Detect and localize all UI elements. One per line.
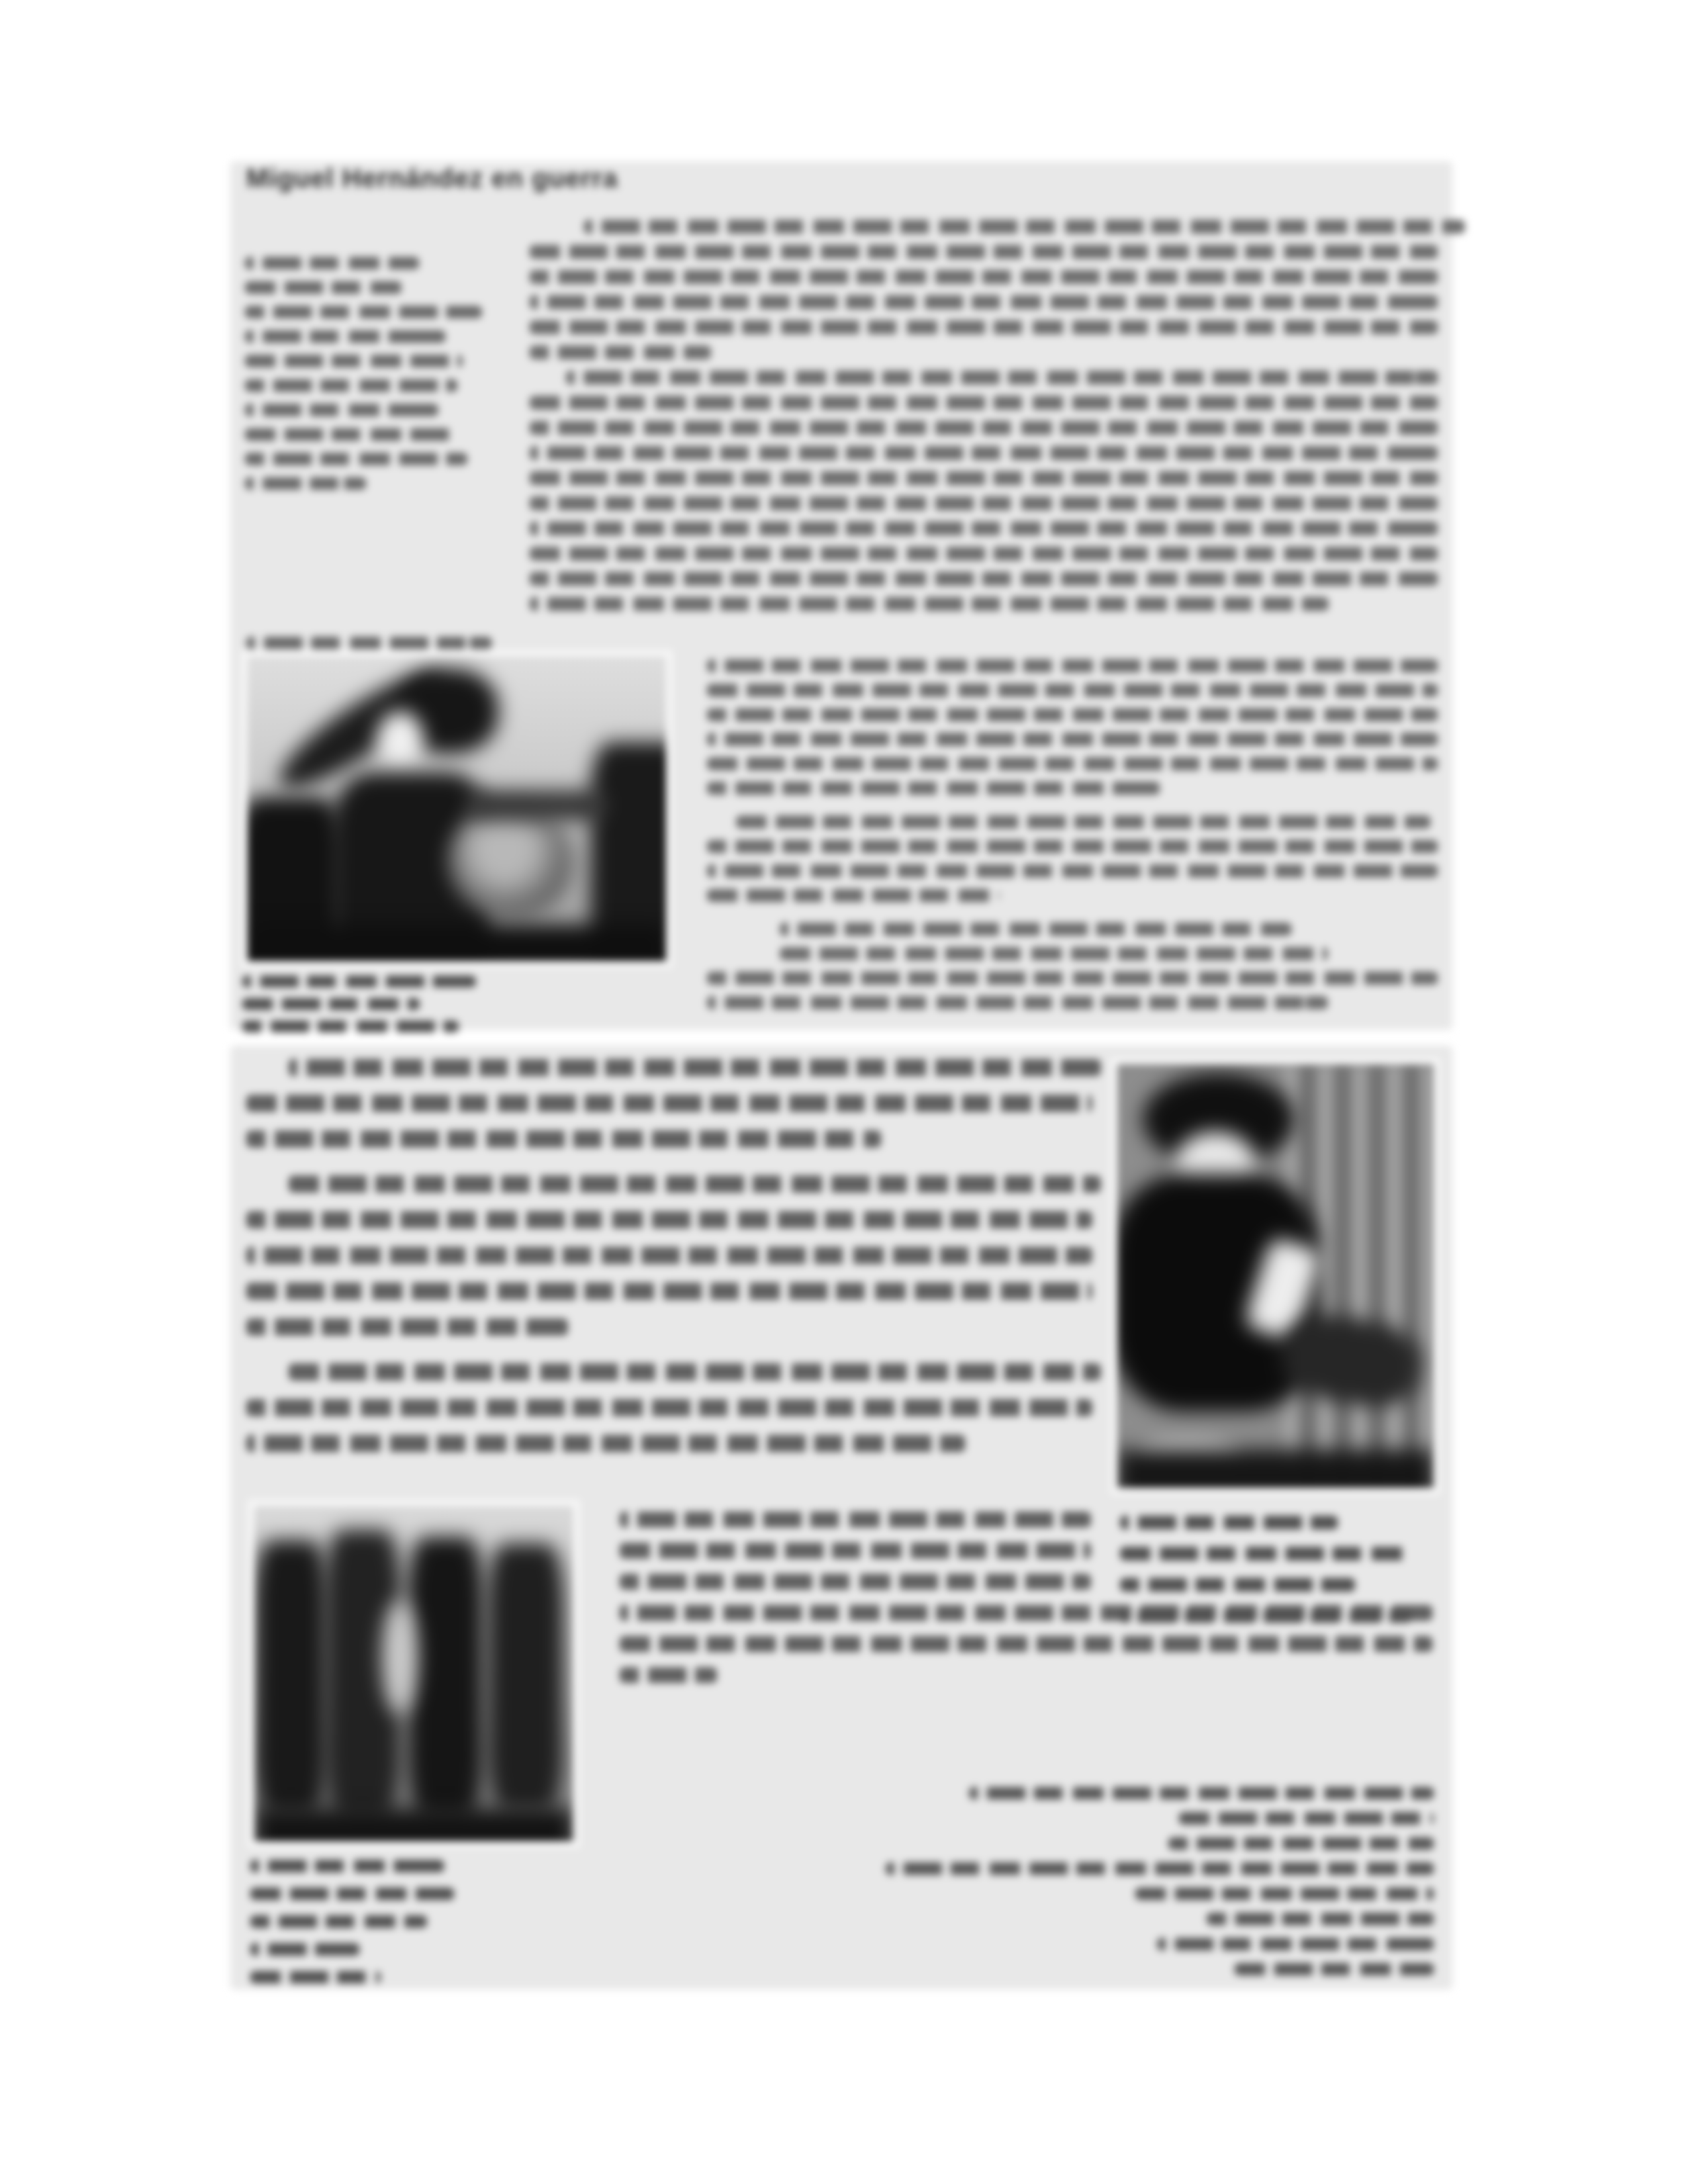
photo-portrait-image (1117, 1064, 1434, 1488)
photo-hernandez-portrait (1111, 1058, 1440, 1494)
body-text-left (246, 1059, 1092, 1471)
photo-crowd-raised-fists (241, 650, 673, 968)
photo-group-image (254, 1506, 573, 1841)
photo-group-caption (250, 1860, 461, 1999)
photo-crowd-caption (242, 976, 489, 1043)
photo-portrait-caption (1120, 1516, 1414, 1640)
page-title: Miguel Hernández en guerra (246, 164, 618, 194)
intro-column (245, 257, 487, 502)
body-text-upper (530, 220, 1438, 622)
scanned-page: Miguel Hernández en guerra (0, 0, 1688, 2184)
photo-group-soldiers (248, 1500, 580, 1848)
photo-crowd-image (248, 657, 666, 961)
source-citation (880, 1787, 1434, 1988)
body-text-beside-photo (707, 659, 1438, 1021)
